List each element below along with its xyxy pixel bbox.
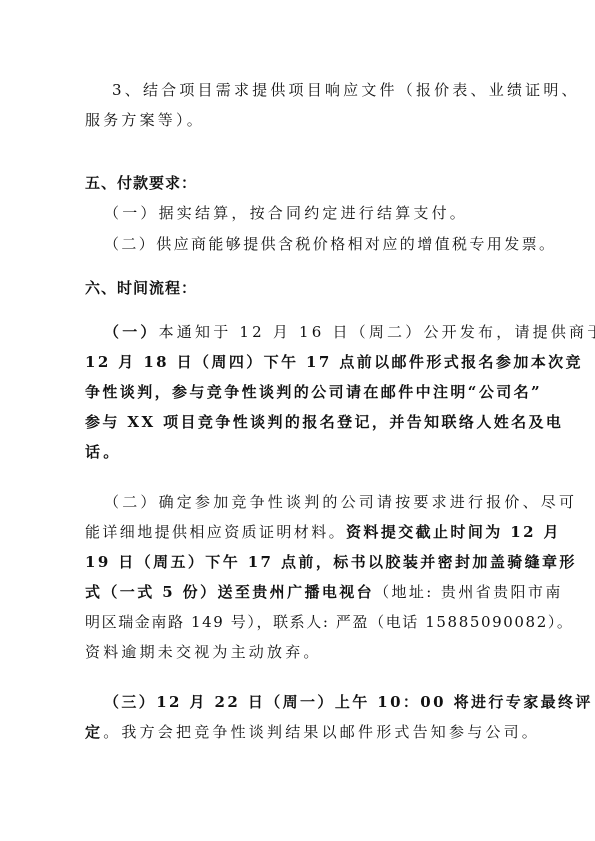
document-page: 3、结合项目需求提供项目响应文件（报价表、业绩证明、 服务方案等）。 五、付款要…: [0, 0, 595, 841]
section6-p3-line1: （三）12 月 22 日（周一）上午 10：00 将进行专家最终评: [104, 692, 593, 712]
section6-p1-line4: 参与 XX 项目竞争性谈判的报名登记，并告知联络人姓名及电: [85, 412, 563, 432]
section6-p2-line4: 式（一式 5 份）送至贵州广播电视台（地址: 贵州省贵阳市南: [85, 582, 563, 602]
section6-heading: 六、时间流程：: [85, 278, 197, 298]
section6-p2-line1: （二）确定参加竞争性谈判的公司请按要求进行报价、尽可: [104, 492, 577, 512]
section6-p3-line2: 定。我方会把竞争性谈判结果以邮件形式告知参与公司。: [85, 722, 540, 742]
section5-item-1: （一）据实结算，按合同约定进行结算支付。: [104, 203, 468, 223]
section5-item-2: （二）供应商能够提供含税价格相对应的增值税专用发票。: [104, 234, 556, 254]
item3-line2: 服务方案等）。: [85, 110, 205, 130]
p3-line2-regular: 。我方会把竞争性谈判结果以邮件形式告知参与公司。: [103, 723, 540, 741]
p2-line4-bold: 式（一式 5 份）送至贵州广播电视台: [85, 583, 374, 601]
p2-line4-regular: （地址: 贵州省贵阳市南: [374, 583, 563, 601]
section6-p1-line1: （一）本通知于 12 月 16 日（周二）公开发布，请提供商于: [104, 322, 595, 342]
p3-line2-bold: 定: [85, 723, 103, 741]
section6-p2-line5: 明区瑞金南路 149 号），联系人: 严盈（电话 15885090082）。: [85, 612, 574, 632]
item3-line1: 3、结合项目需求提供项目响应文件（报价表、业绩证明、: [112, 80, 580, 100]
section5-heading: 五、付款要求：: [85, 173, 197, 193]
section6-p2-line3: 19 日（周五）下午 17 点前，标书以胶装并密封加盖骑缝章形: [85, 552, 577, 572]
section6-p2-line2: 能详细地提供相应资质证明材料。资料提交截止时间为 12 月: [85, 522, 561, 542]
section6-p1-line5: 话。: [85, 442, 121, 462]
p2-line2-regular: 能详细地提供相应资质证明材料。: [85, 523, 346, 541]
section6-p1-line2: 12 月 18 日（周四）下午 17 点前以邮件形式报名参加本次竞: [85, 352, 583, 372]
p1-prefix: （一）: [104, 323, 159, 341]
p1-line1-text: 本通知于 12 月 16 日（周二）公开发布，请提供商于: [159, 323, 595, 341]
section6-p1-line3: 争性谈判，参与竞争性谈判的公司请在邮件中注明“公司名”: [85, 382, 542, 402]
p2-line2-bold: 资料提交截止时间为 12 月: [346, 523, 561, 541]
section6-p2-line6: 资料逾期未交视为主动放弃。: [85, 642, 322, 662]
